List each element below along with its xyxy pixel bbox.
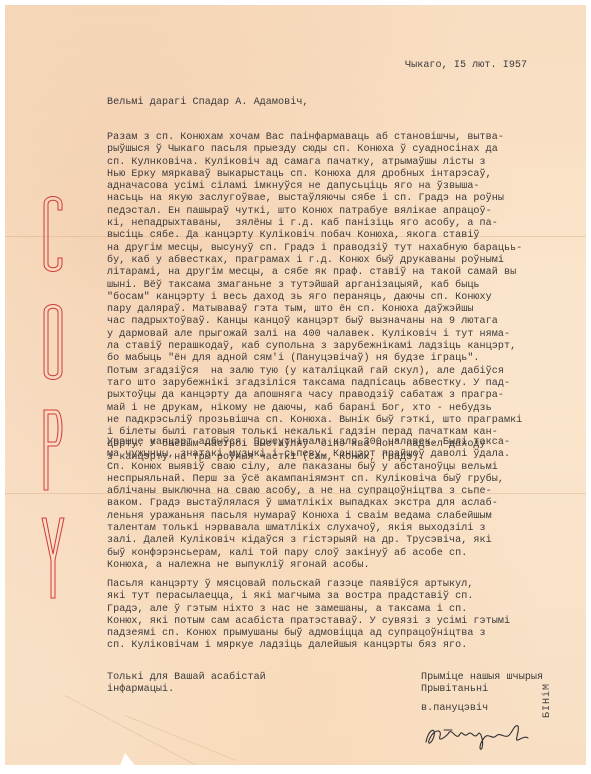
text-line: Прывітаньні [421,684,543,696]
text-line: адначасова усімі сіламі імкнуўся не дапу… [107,181,522,193]
text-line: які тут перасылаецца, і які магчыма за в… [107,591,510,603]
text-line: Урэшце канцэрт адбыўся. Прысутнічала кал… [107,437,510,449]
text-line: талентам толькі нэрвавала шматлікіх слух… [107,523,510,535]
greeting: Вельмі дарагі Спадар А. Адамовіч, [107,97,309,109]
text-line: Разам з сп. Конюхам хочам Вас паінфармав… [107,132,522,144]
text-line: Прыміце нашыя шчырыя [421,672,543,684]
text-line: ма чужынцы, знатакі музыкі і сьпеву. Кан… [107,449,510,461]
paragraph-3: Пасьля канцэрту ў мясцовай польскай газэ… [107,579,510,653]
text-line: неспрыяльнай. Перш за ўсё акампаніямэнт … [107,474,510,486]
signer-name: в.пануцэвіч [421,703,488,715]
text-line: быў конфэрэнсьерам, калі той пару слоў з… [107,548,510,560]
text-line: сп. Куліковічам і мяркуе ладзіць далейшы… [107,640,510,652]
text-line: бо мабыць "ён для адной сям'і (Пануцэвіч… [107,353,522,365]
text-line: Конюх, які потым сам асабіста пратэстава… [107,616,510,628]
copy-stamp [38,190,68,622]
archive-stamp: БІНіМ [542,683,553,718]
copy-stamp-letter-y [38,514,68,602]
copy-stamp-letter-p [38,406,68,494]
text-line: на другім месцы, высунуў сп. Градэ і пра… [107,243,522,255]
paper-crease [125,715,237,761]
text-line: падзеямі сп. Конюх прымушаны быў адмовіц… [107,628,510,640]
text-line: май і не друкам, нікому не даючы, каб ба… [107,403,522,415]
text-line: ла ставіў перашкодаў, каб супольна з зар… [107,341,522,353]
text-line: рыхтоўцы да канцэрту да апошняга часу пр… [107,390,522,402]
text-line: Конюха, а належна не выпукліў ягонай асо… [107,560,510,572]
text-line: таго што зарубежнікі згадзіліся таксама … [107,378,522,390]
text-line: ваком. Градэ выстаўлялася ў шматлікіх вы… [107,498,510,510]
text-line: аблічаны выключна на сваю асобу, а не на… [107,486,510,498]
text-line: Сп. Конюх выявіў сваю сілу, але паказаны… [107,462,510,474]
text-line: насьць на якую заслугоўвае, выстаўляючы … [107,193,522,205]
text-line: літарамі, на другім месцы, а сябе як пра… [107,267,522,279]
text-line: пару даляраў. Матываваў гэта тым, што ён… [107,304,522,316]
paper-tear [117,753,141,765]
text-line: педэстал. Ен пашыраў чуткі, што Конюх па… [107,206,522,218]
copy-stamp-letter-c [38,190,68,278]
paragraph-1: Разам з сп. Конюхам хочам Вас паінфармав… [107,132,522,464]
confidential-note: Толькі для Вашай асабістайінфармацыі. [107,672,266,697]
text-line: сп. Кулнковіча. Куліковіч ад самага пача… [107,157,522,169]
handwritten-signature [422,720,532,754]
text-line: рыўшыся ў Чыкаго пасьля прыезду сюды сп.… [107,144,522,156]
text-line: леньня уражаньня пасьля нумараў Конюха і… [107,511,510,523]
text-line: "босам" канцэрту і весь даход зь яго пер… [107,292,522,304]
text-line: высіць сябе. Да канцэрту Куліковіч побач… [107,230,522,242]
copy-stamp-letter-o [38,298,68,386]
text-line: залі. Далей Куліковіч кідаўся з гістэрыя… [107,535,510,547]
text-line: шыні. Вёў таксама змаганьне з тутэйшай а… [107,280,522,292]
text-line: Градэ, але ў гэтым ніхто з нас не замеша… [107,604,510,616]
text-line: бу, каб у абвестках, праграмах і г.д. Ко… [107,255,522,267]
text-line: інфармацыі. [107,684,266,696]
text-line: Толькі для Вашай асабістай [107,672,266,684]
text-line: Нью Ерку мяркаваў выкарыстаць сп. Конюха… [107,169,522,181]
text-line: у дармовай але прыгожай залі на 400 чала… [107,329,522,341]
text-line: Потым згадзіўся на залю тую (у каталіцка… [107,366,522,378]
text-line: кі, непадрыхтаваны, зялёны і г.д. каб па… [107,218,522,230]
text-line: час падрыхтоўваў. Канцы канцоў канцэрт б… [107,316,522,328]
text-line: Пасьля канцэрту ў мясцовай польскай газэ… [107,579,510,591]
text-line: не падкрэсьліў прозьвішча сп. Конюха. Вы… [107,415,522,427]
paragraph-2: Урэшце канцэрт адбыўся. Прысутнічала кал… [107,437,510,572]
closing: Прыміце нашыя шчырыяПрывітаньні [421,672,543,697]
date-line: Чыкаго, I5 лют. I957 [405,60,527,72]
